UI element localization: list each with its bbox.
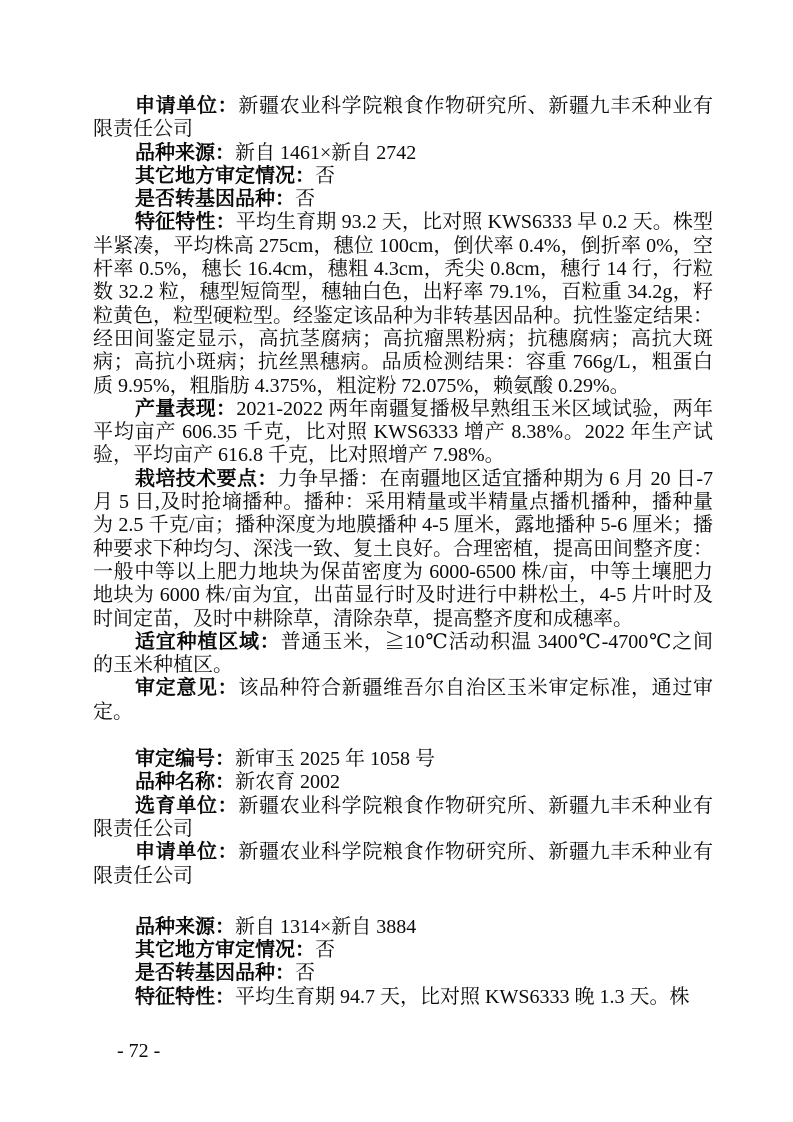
field-paragraph-variety-origin: 品种来源：新自 1314×新自 3884 — [93, 916, 713, 939]
field-label: 选育单位： — [135, 795, 238, 817]
field-paragraph-gmo-status: 是否转基因品种：否 — [93, 188, 713, 211]
field-value: 新自 1314×新自 3884 — [235, 916, 416, 938]
field-paragraph-other-certification: 其它地方审定情况：否 — [93, 939, 713, 962]
field-label: 其它地方审定情况： — [135, 939, 315, 961]
field-paragraph-characteristics: 特征特性：平均生育期 94.7 天，比对照 KWS6333 晚 1.3 天。株 — [93, 986, 713, 1009]
field-value: 新自 1461×新自 2742 — [235, 142, 416, 164]
field-label: 特征特性： — [135, 211, 236, 233]
field-label: 是否转基因品种： — [135, 962, 295, 984]
field-value: 平均生育期 93.2 天，比对照 KWS6333 早 0.2 天。株型半紧凑，平… — [93, 211, 713, 396]
field-paragraph-applicant: 申请单位：新疆农业科学院粮食作物研究所、新疆九丰禾种业有限责任公司 — [93, 841, 713, 888]
field-label: 品种名称： — [135, 771, 235, 793]
document-page: 申请单位：新疆农业科学院粮食作物研究所、新疆九丰禾种业有限责任公司 品种来源：新… — [0, 0, 793, 1122]
field-value: 新审玉 2025 年 1058 号 — [235, 748, 435, 770]
field-label: 适宜种植区域： — [135, 631, 281, 653]
field-paragraph-applicant: 申请单位：新疆农业科学院粮食作物研究所、新疆九丰禾种业有限责任公司 — [93, 95, 713, 142]
field-paragraph-certification-opinion: 审定意见：该品种符合新疆维吾尔自治区玉米审定标准，通过审定。 — [93, 677, 713, 724]
field-value: 否 — [295, 962, 315, 984]
field-paragraph-cultivation-tips: 栽培技术要点：力争早播：在南疆地区适宜播种期为 6 月 20 日-7 月 5 日… — [93, 468, 713, 631]
field-paragraph-certification-number: 审定编号：新审玉 2025 年 1058 号 — [93, 748, 713, 771]
field-paragraph-yield-performance: 产量表现：2021-2022 两年南疆复播极早熟组玉米区域试验，两年平均亩产 6… — [93, 398, 713, 468]
field-label: 特征特性： — [135, 986, 235, 1008]
field-label: 其它地方审定情况： — [135, 165, 315, 187]
field-label: 栽培技术要点： — [135, 468, 278, 490]
field-value: 否 — [295, 188, 315, 210]
variety-entry-header: 审定编号：新审玉 2025 年 1058 号 品种名称：新农育 2002 选育单… — [93, 748, 713, 888]
field-value: 力争早播：在南疆地区适宜播种期为 6 月 20 日-7 月 5 日,及时抢墒播种… — [93, 468, 713, 630]
field-label: 品种来源： — [135, 142, 235, 164]
field-label: 申请单位： — [135, 841, 238, 863]
variety-entry-tail: 申请单位：新疆农业科学院粮食作物研究所、新疆九丰禾种业有限责任公司 品种来源：新… — [93, 95, 713, 724]
field-paragraph-gmo-status: 是否转基因品种：否 — [93, 962, 713, 985]
field-value: 否 — [315, 939, 335, 961]
field-paragraph-variety-name: 品种名称：新农育 2002 — [93, 771, 713, 794]
variety-entry-details: 品种来源：新自 1314×新自 3884 其它地方审定情况：否 是否转基因品种：… — [93, 916, 713, 1009]
field-value: 平均生育期 94.7 天，比对照 KWS6333 晚 1.3 天。株 — [235, 986, 689, 1008]
field-label: 品种来源： — [135, 916, 235, 938]
field-label: 产量表现： — [135, 398, 236, 420]
field-value: 否 — [315, 165, 335, 187]
document-body: 申请单位：新疆农业科学院粮食作物研究所、新疆九丰禾种业有限责任公司 品种来源：新… — [93, 95, 713, 1009]
field-value: 新农育 2002 — [235, 771, 340, 793]
field-label: 申请单位： — [135, 95, 238, 117]
field-label: 审定意见： — [135, 677, 238, 699]
page-number: - 72 - — [117, 1040, 160, 1063]
field-label: 审定编号： — [135, 748, 235, 770]
field-label: 是否转基因品种： — [135, 188, 295, 210]
field-paragraph-suitable-region: 适宜种植区域：普通玉米，≧10℃活动积温 3400℃-4700℃之间的玉米种植区… — [93, 631, 713, 678]
field-paragraph-breeding-unit: 选育单位：新疆农业科学院粮食作物研究所、新疆九丰禾种业有限责任公司 — [93, 795, 713, 842]
field-paragraph-variety-origin: 品种来源：新自 1461×新自 2742 — [93, 142, 713, 165]
field-paragraph-other-certification: 其它地方审定情况：否 — [93, 165, 713, 188]
field-paragraph-characteristics: 特征特性：平均生育期 93.2 天，比对照 KWS6333 早 0.2 天。株型… — [93, 211, 713, 397]
